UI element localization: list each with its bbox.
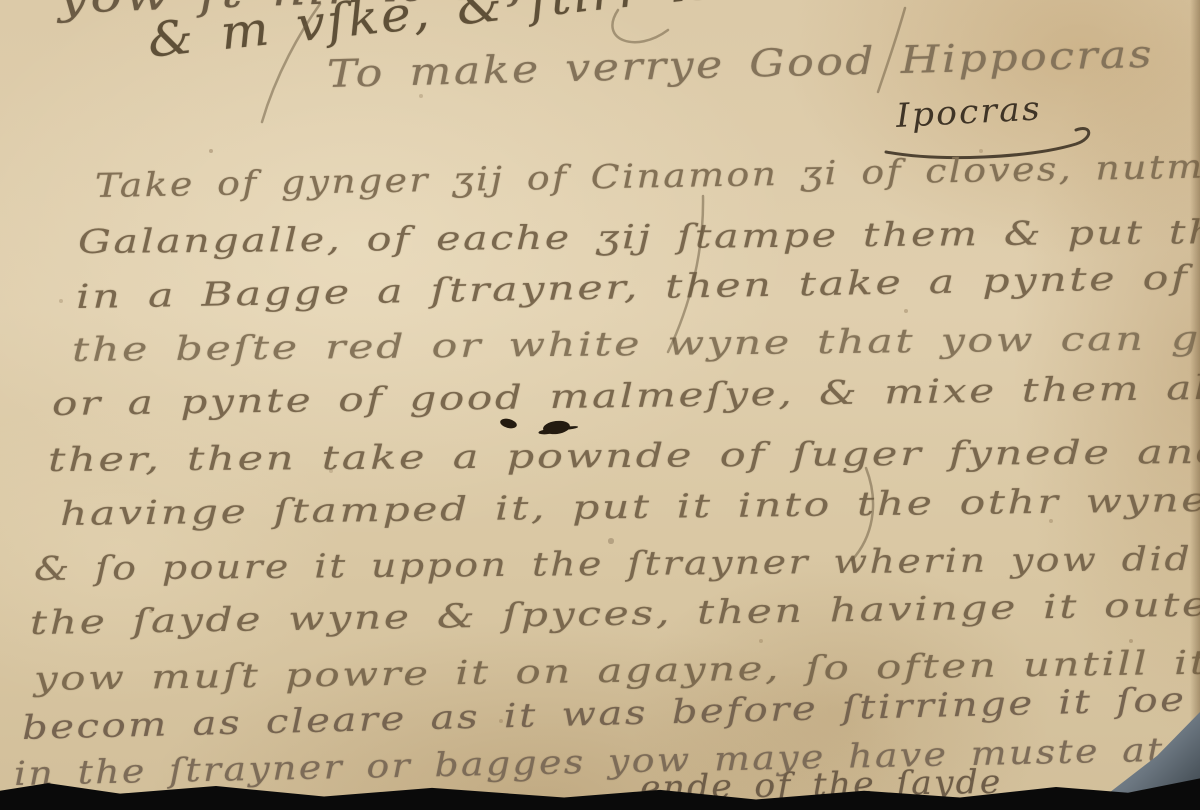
manuscript-line: or a pynte of good malmeſye, & mixe them… [52,366,1200,423]
manuscript-line: the ſayde wyne & ſpyces, then havinge it… [30,584,1200,642]
ink-blot [499,417,518,430]
manuscript-line: Take of gynger ʒij of Cinamon ʒi of clov… [95,146,1200,205]
ipocras-annotation: Ipocras [895,88,1043,135]
manuscript-line: & ſo poure it uppon the ſtrayner wherin … [34,538,1200,588]
manuscript-line: the beſte red or white wyne that yow can… [72,317,1200,369]
manuscript-line: Galangalle, of eache ʒij ſtampe them & p… [78,211,1200,261]
manuscript-line: havinge ſtamped it, put it into the othr… [60,480,1200,533]
foxing-specks [0,0,2,2]
manuscript-scan-page: yow ſt nir it toſeth & m vſke, & ſtirr i… [0,0,1200,810]
recipe-heading: To make verrye Good Hippocras [326,32,1154,96]
manuscript-line: ther, then take a pownde of ſuger fynede… [48,432,1200,479]
ink-blot [542,419,570,435]
manuscript-line: in a Bagge a ſtrayner, then take a pynte… [76,258,1190,316]
page-edge-shadow [1190,0,1200,810]
